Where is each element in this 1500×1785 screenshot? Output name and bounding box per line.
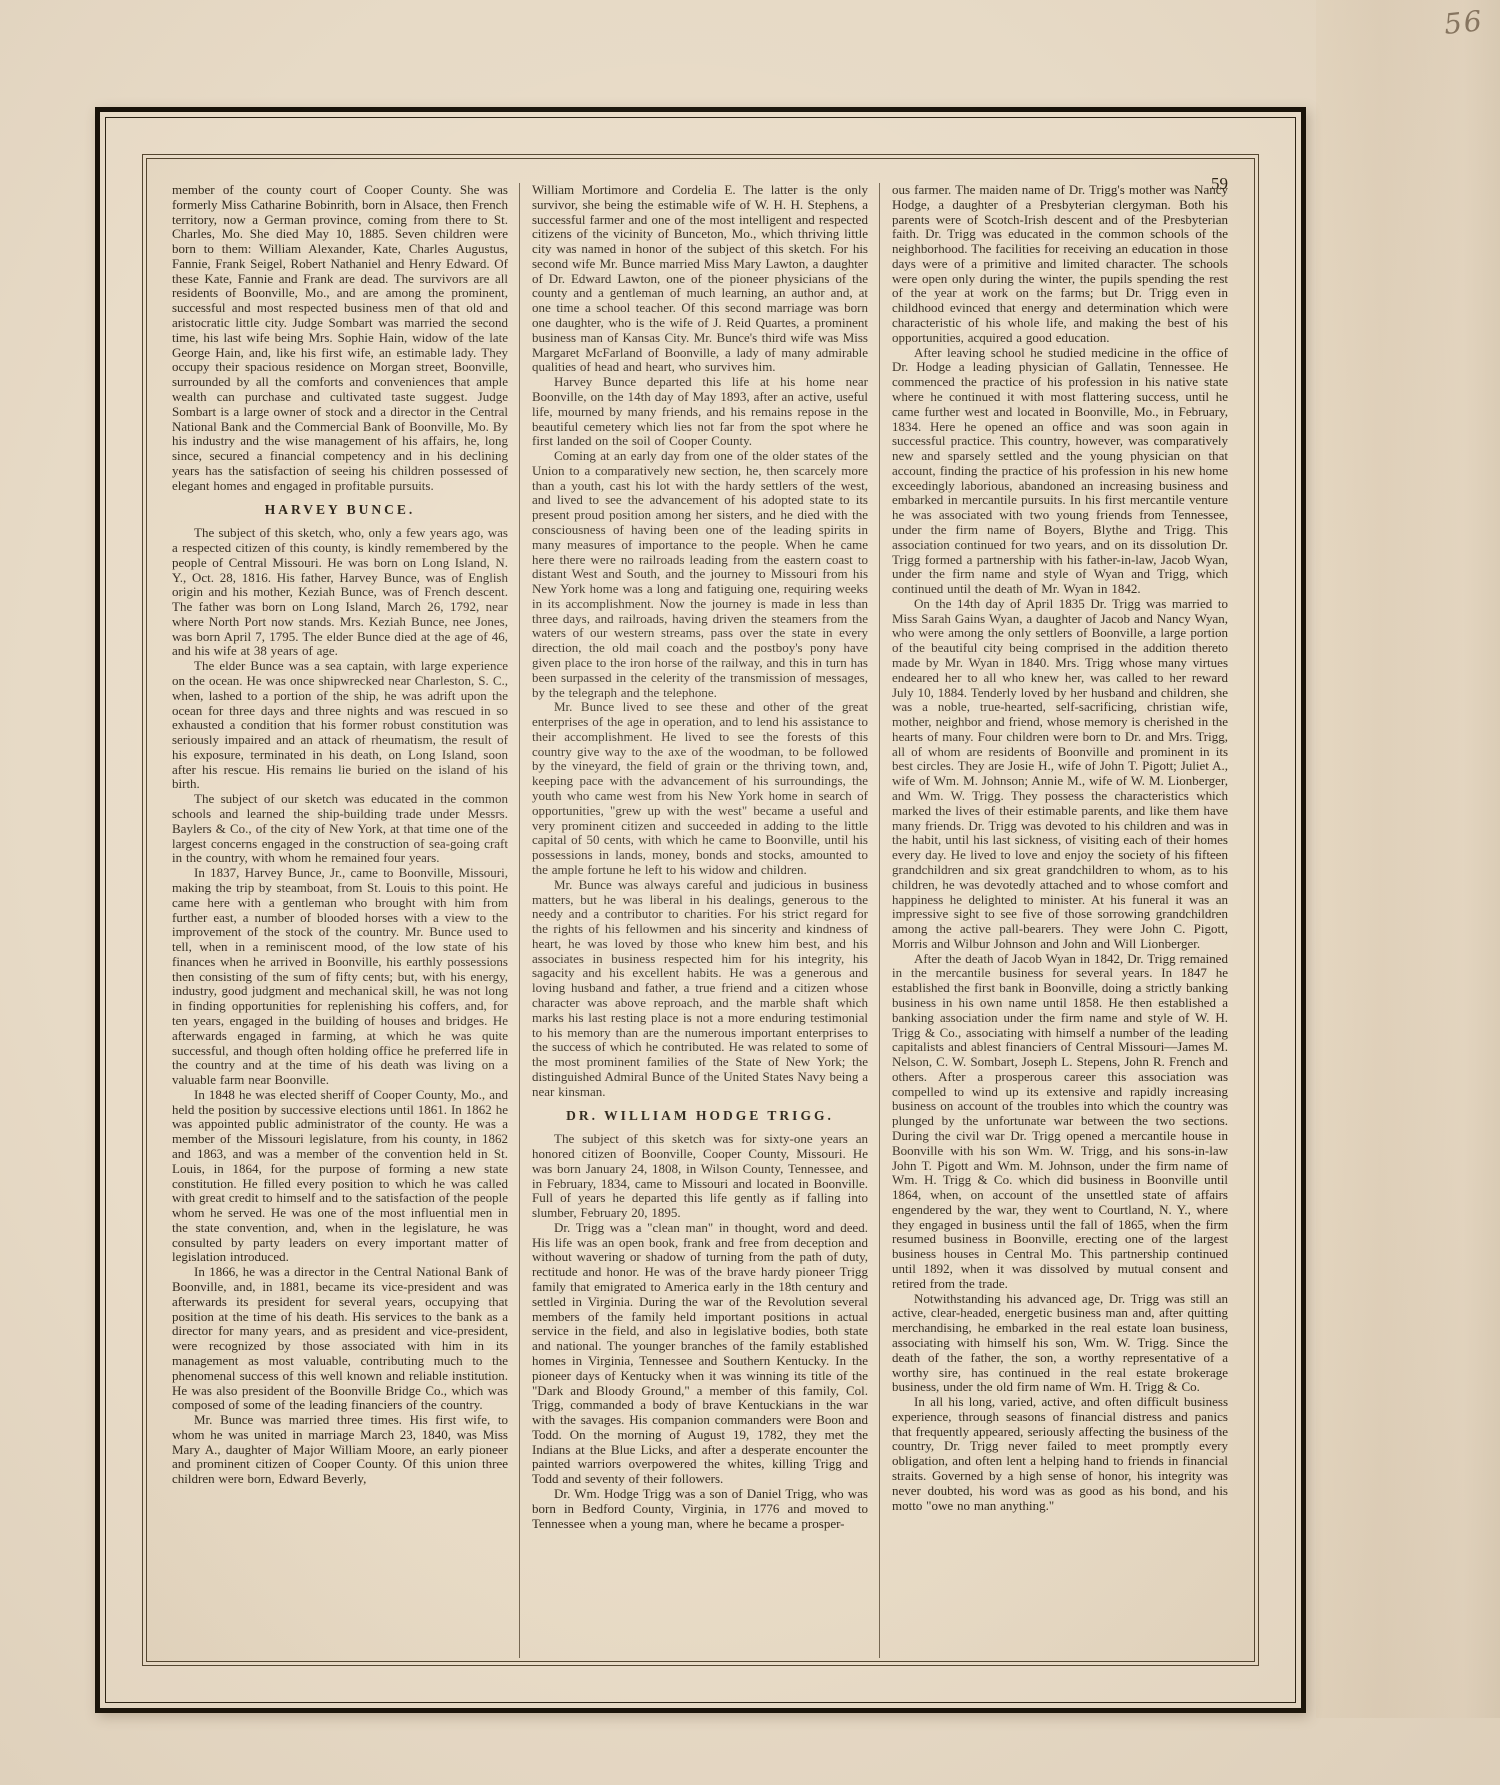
- paragraph: The subject of this sketch was for sixty…: [532, 1132, 868, 1221]
- paragraph: William Mortimore and Cordelia E. The la…: [532, 183, 868, 375]
- page-text-block: member of the county court of Cooper Cou…: [172, 183, 1228, 1658]
- paragraph: The elder Bunce was a sea captain, with …: [172, 659, 508, 792]
- paragraph: Mr. Bunce was always careful and judicio…: [532, 878, 868, 1100]
- paragraph: After leaving school he studied medicine…: [892, 346, 1228, 597]
- paragraph: ous farmer. The maiden name of Dr. Trigg…: [892, 183, 1228, 346]
- text-column-3: ous farmer. The maiden name of Dr. Trigg…: [879, 183, 1228, 1658]
- paragraph: In 1866, he was a director in the Centra…: [172, 1265, 508, 1413]
- scan-backdrop-right: [1316, 0, 1500, 1785]
- paragraph: Mr. Bunce lived to see these and other o…: [532, 700, 868, 877]
- paragraph: Dr. Trigg was a "clean man" in thought, …: [532, 1221, 868, 1487]
- handwritten-sheet-number: 56: [1442, 4, 1485, 41]
- paragraph: The subject of our sketch was educated i…: [172, 792, 508, 866]
- paragraph: In 1837, Harvey Bunce, Jr., came to Boon…: [172, 866, 508, 1088]
- paragraph: member of the county court of Cooper Cou…: [172, 183, 508, 493]
- scan-backdrop-bottom: [0, 1718, 1500, 1785]
- paragraph: Coming at an early day from one of the o…: [532, 449, 868, 700]
- paragraph: After the death of Jacob Wyan in 1842, D…: [892, 952, 1228, 1292]
- paragraph: Harvey Bunce departed this life at his h…: [532, 375, 868, 449]
- paragraph: In all his long, varied, active, and oft…: [892, 1395, 1228, 1513]
- paragraph: In 1848 he was elected sheriff of Cooper…: [172, 1088, 508, 1265]
- text-column-2: William Mortimore and Cordelia E. The la…: [519, 183, 868, 1658]
- paragraph: Mr. Bunce was married three times. His f…: [172, 1413, 508, 1487]
- section-heading: HARVEY BUNCE.: [172, 503, 508, 518]
- paragraph: The subject of this sketch, who, only a …: [172, 526, 508, 659]
- paragraph: Dr. Wm. Hodge Trigg was a son of Daniel …: [532, 1487, 868, 1531]
- paragraph: Notwithstanding his advanced age, Dr. Tr…: [892, 1292, 1228, 1395]
- section-heading: DR. WILLIAM HODGE TRIGG.: [532, 1109, 868, 1124]
- scanned-book-page: { "page": { "handwritten_sheet_number": …: [0, 0, 1500, 1785]
- paragraph: On the 14th day of April 1835 Dr. Trigg …: [892, 597, 1228, 952]
- text-column-1: member of the county court of Cooper Cou…: [172, 183, 508, 1658]
